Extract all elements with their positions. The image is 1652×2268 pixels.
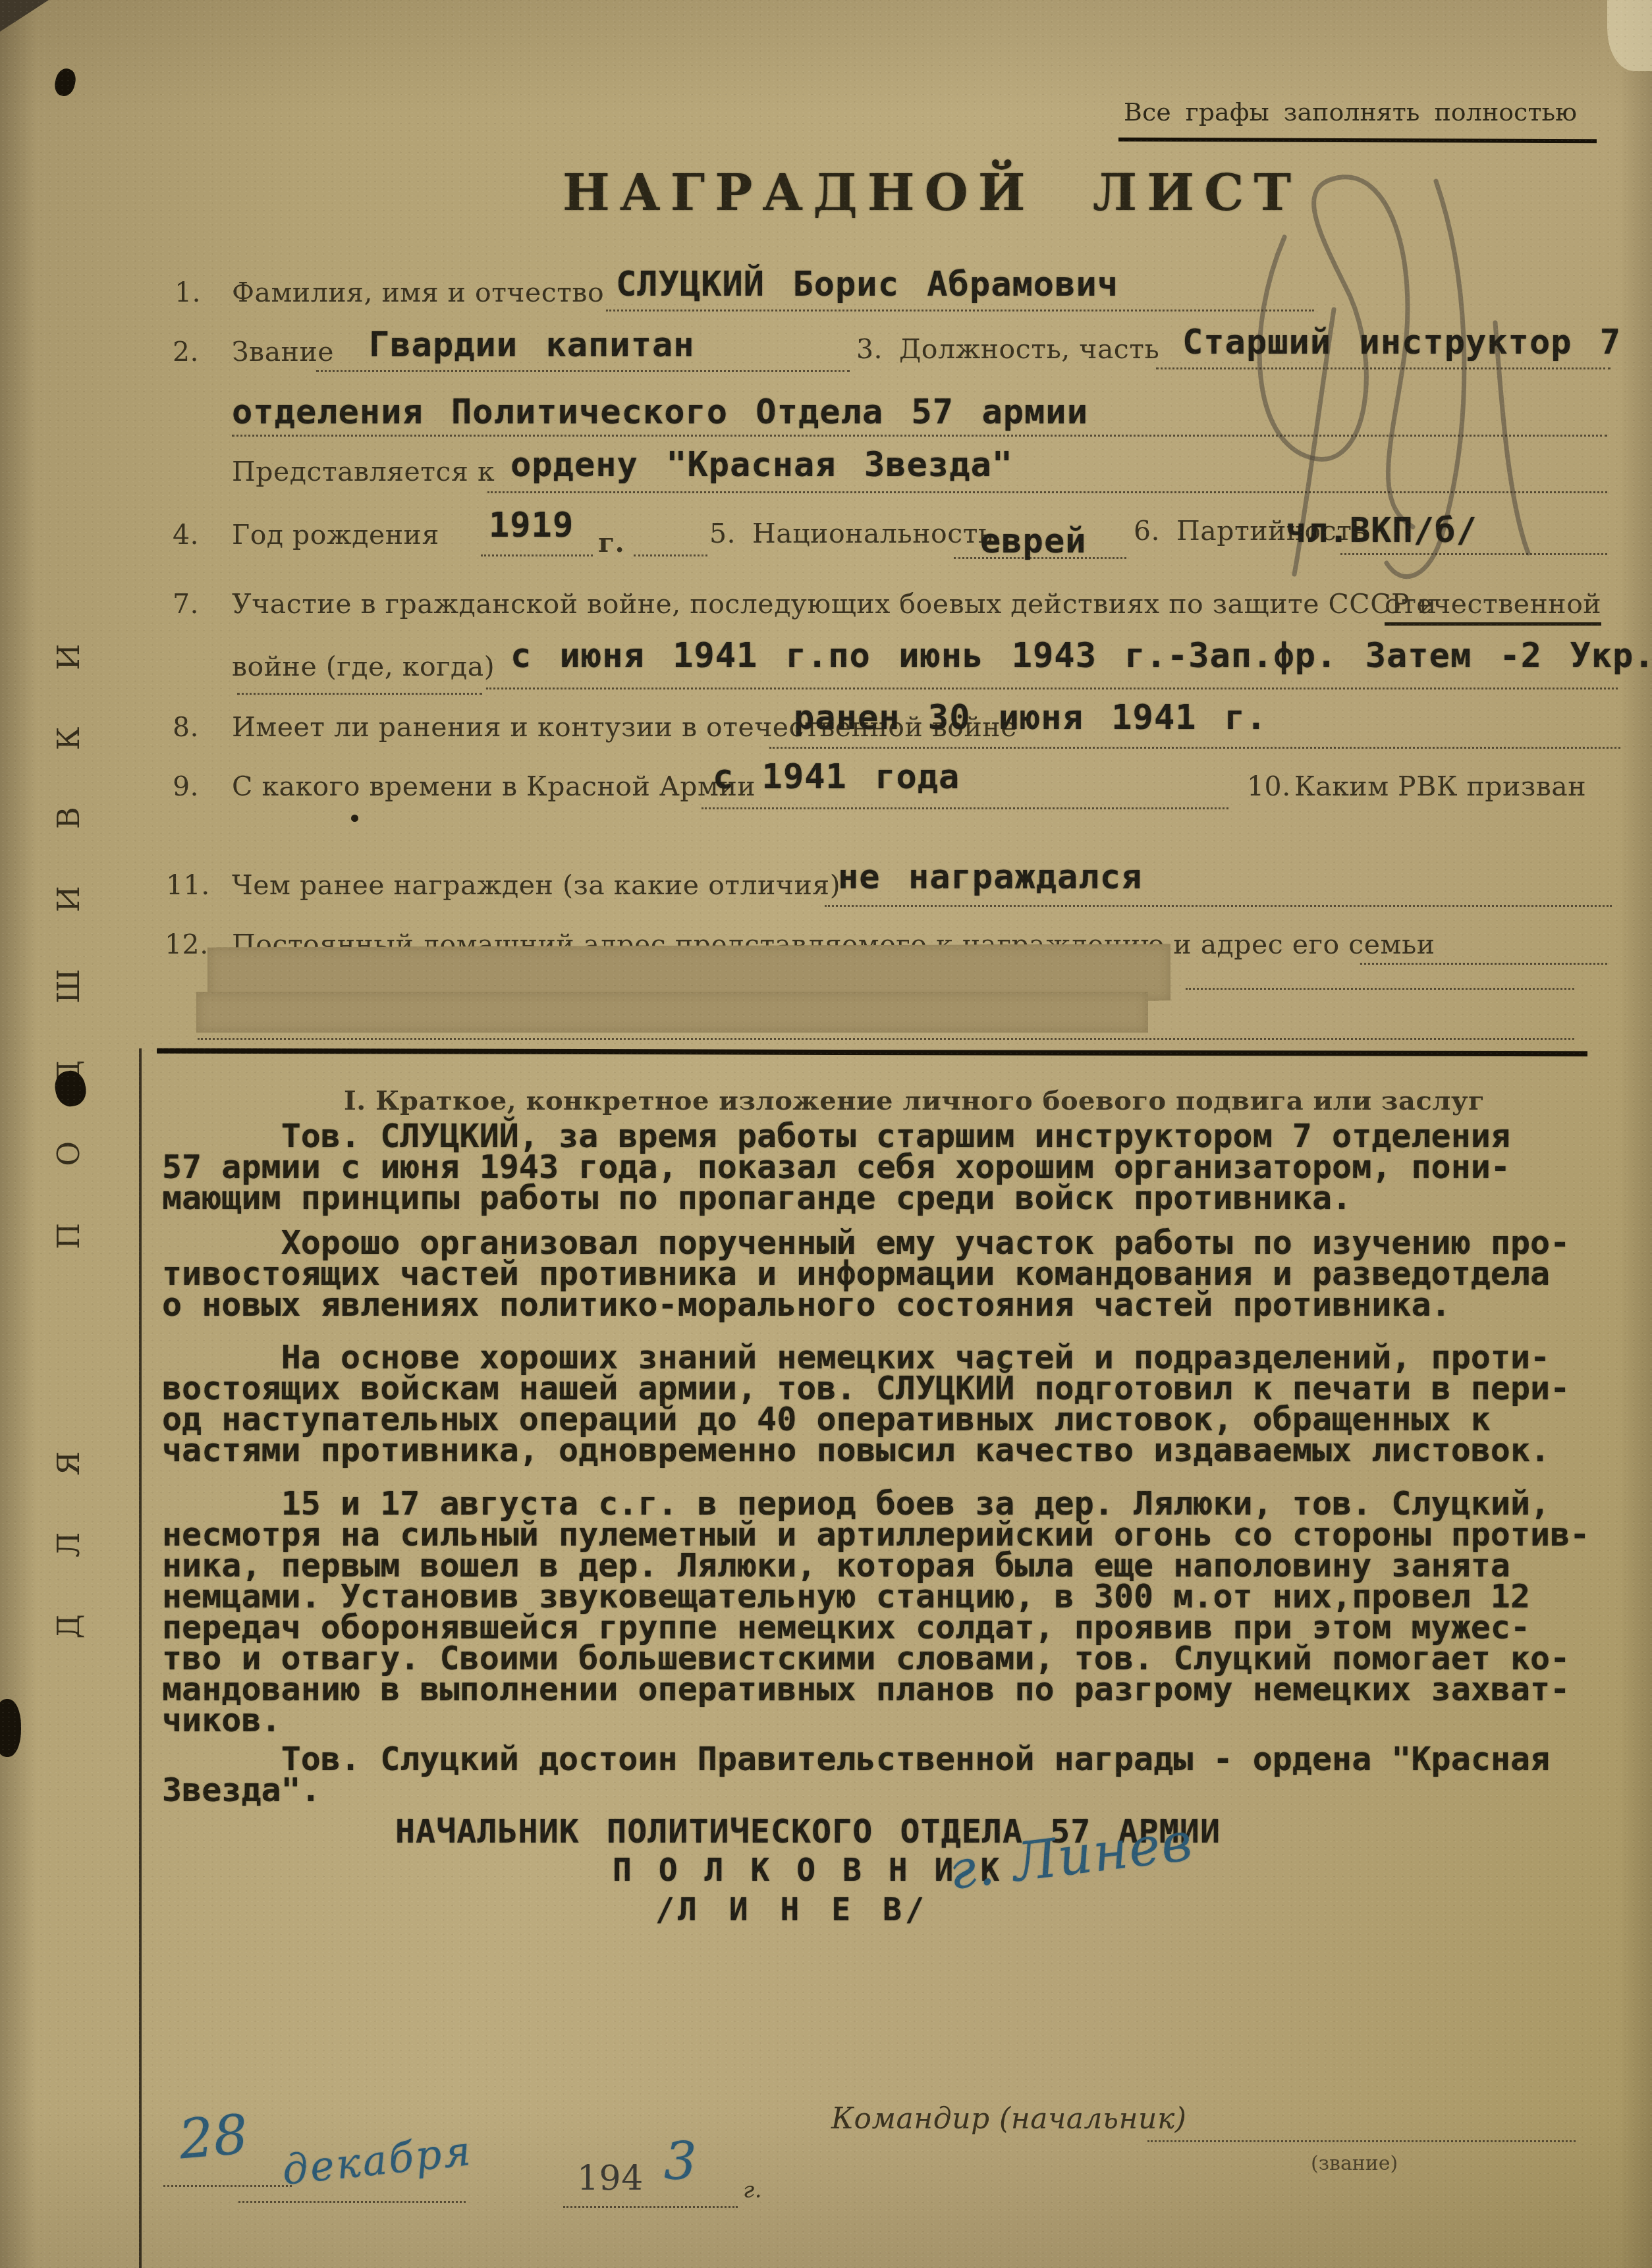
dotted-leader (163, 2185, 292, 2187)
dotted-leader (1147, 2140, 1576, 2142)
citation-heading: I. Краткое, конкретное изложение личного… (344, 1085, 1485, 1116)
field-2-value: Гвардии капитан (369, 325, 695, 365)
field-7-label-line2: войне (где, когда) (232, 651, 495, 682)
field-9-label: С какого времени в Красной Армии (232, 770, 756, 802)
citation-paragraph: На основе хороших знаний немецких частей… (162, 1342, 1638, 1466)
date-day-handwritten: 28 (177, 2103, 250, 2172)
dotted-leader (1360, 963, 1607, 965)
fill-instruction-underline (1118, 138, 1597, 144)
presented-for-value: ордену "Красная Звезда" (510, 445, 1013, 485)
margin-vertical-text: ДЛЯ ПОДШИВКИ (51, 587, 86, 1639)
margin-vertical-rule (139, 1048, 142, 2268)
dotted-leader (198, 1038, 1574, 1040)
field-5-label: Национальность (752, 518, 993, 549)
field-3-value-line2: отделения Политического Отдела 57 армии (232, 392, 1088, 432)
field-5-value: еврей (980, 522, 1087, 561)
punch-hole (52, 67, 78, 98)
field-8-number: 8. (173, 711, 199, 743)
field-5-number: 5. (709, 518, 736, 549)
dotted-leader (1186, 988, 1574, 990)
field-6-number: 6. (1134, 515, 1160, 547)
field-4-number: 4. (173, 519, 199, 551)
dotted-leader (1340, 553, 1607, 555)
field-11-number: 11. (166, 869, 210, 901)
date-year-printed: 194 (577, 2159, 644, 2198)
citation-paragraph: Тов. СЛУЦКИЙ, за время работы старшим ин… (162, 1121, 1638, 1214)
field-11-value: не награждался (838, 857, 1142, 897)
section-divider (157, 1048, 1587, 1057)
dotted-leader (487, 491, 1607, 493)
date-month-handwritten: декабря (280, 2126, 475, 2194)
signature-name-line: /Л И Н Е В/ (655, 1891, 927, 1928)
citation-paragraph: Хорошо организовал порученный ему участо… (162, 1228, 1638, 1320)
field-4-suffix: г. (598, 527, 624, 558)
field-4-value: 1919 (489, 506, 574, 545)
field-7-label: Участие в гражданской войне, последующих… (232, 588, 1437, 620)
field-2-label: Звание (232, 336, 334, 367)
field-1-value: СЛУЦКИЙ Борис Абрамович (616, 265, 1118, 304)
date-year-digit-handwritten: 3 (664, 2132, 697, 2192)
field-1-number: 1. (175, 277, 201, 308)
commander-label: Командир (начальник) (831, 2102, 1186, 2136)
dotted-leader (481, 554, 593, 556)
redaction-block (196, 992, 1148, 1033)
field-9-value: с 1941 года (713, 757, 960, 797)
corner-shadow (0, 0, 49, 32)
field-11-label: Чем ранее награжден (за какие отличия) (232, 869, 840, 901)
field-9-number: 9. (173, 770, 199, 802)
fill-instruction-note: Все графы заполнять полностью (1124, 97, 1577, 126)
dotted-leader (1156, 367, 1611, 369)
rank-caption: (звание) (1311, 2152, 1398, 2175)
dotted-leader (825, 905, 1612, 907)
field-1-label: Фамилия, имя и отчество (232, 277, 604, 308)
ink-speck (351, 815, 358, 822)
field-7-number: 7. (173, 588, 199, 620)
field-4-label: Год рождения (232, 519, 439, 551)
dotted-leader (634, 554, 707, 556)
dotted-leader (486, 688, 1618, 689)
field-8-value: ранен 30 июня 1941 г. (794, 698, 1267, 738)
field-12-number: 12. (165, 929, 209, 960)
date-suffix: г. (743, 2177, 762, 2203)
dotted-leader (563, 2206, 738, 2208)
field-6-value: чл.ВКП/б/ (1286, 511, 1477, 551)
signature-rank-line: П О Л К О В Н И К (613, 1852, 1000, 1889)
dotted-leader (238, 2201, 466, 2203)
corner-tear-light (1607, 0, 1652, 71)
field-3-value: Старший инструктор 7 (1182, 323, 1621, 362)
field-7-value: с июня 1941 г.по июнь 1943 г.-Зап.фр. За… (510, 636, 1652, 676)
ink-blot (0, 1699, 21, 1757)
presented-for-label: Представляется к (232, 456, 495, 487)
field-10-label: Каким РВК призван (1294, 770, 1586, 802)
dotted-leader (232, 435, 1607, 437)
dotted-leader (316, 370, 850, 372)
field-7-label-underlined: отечественной (1385, 588, 1601, 626)
field-3-number: 3. (856, 333, 883, 365)
dotted-leader (237, 693, 482, 695)
field-10-number: 10. (1247, 770, 1291, 802)
field-2-number: 2. (173, 336, 199, 367)
dotted-leader (606, 310, 1314, 311)
citation-paragraph: Тов. Слуцкий достоин Правительственной н… (162, 1744, 1638, 1806)
dotted-leader (769, 747, 1620, 749)
award-sheet-page: ДЛЯ ПОДШИВКИ Все графы заполнять полност… (0, 0, 1652, 2268)
citation-paragraph: 15 и 17 августа с.г. в период боев за де… (162, 1488, 1638, 1736)
field-3-label: Должность, часть (899, 333, 1159, 365)
dotted-leader (702, 807, 1228, 809)
